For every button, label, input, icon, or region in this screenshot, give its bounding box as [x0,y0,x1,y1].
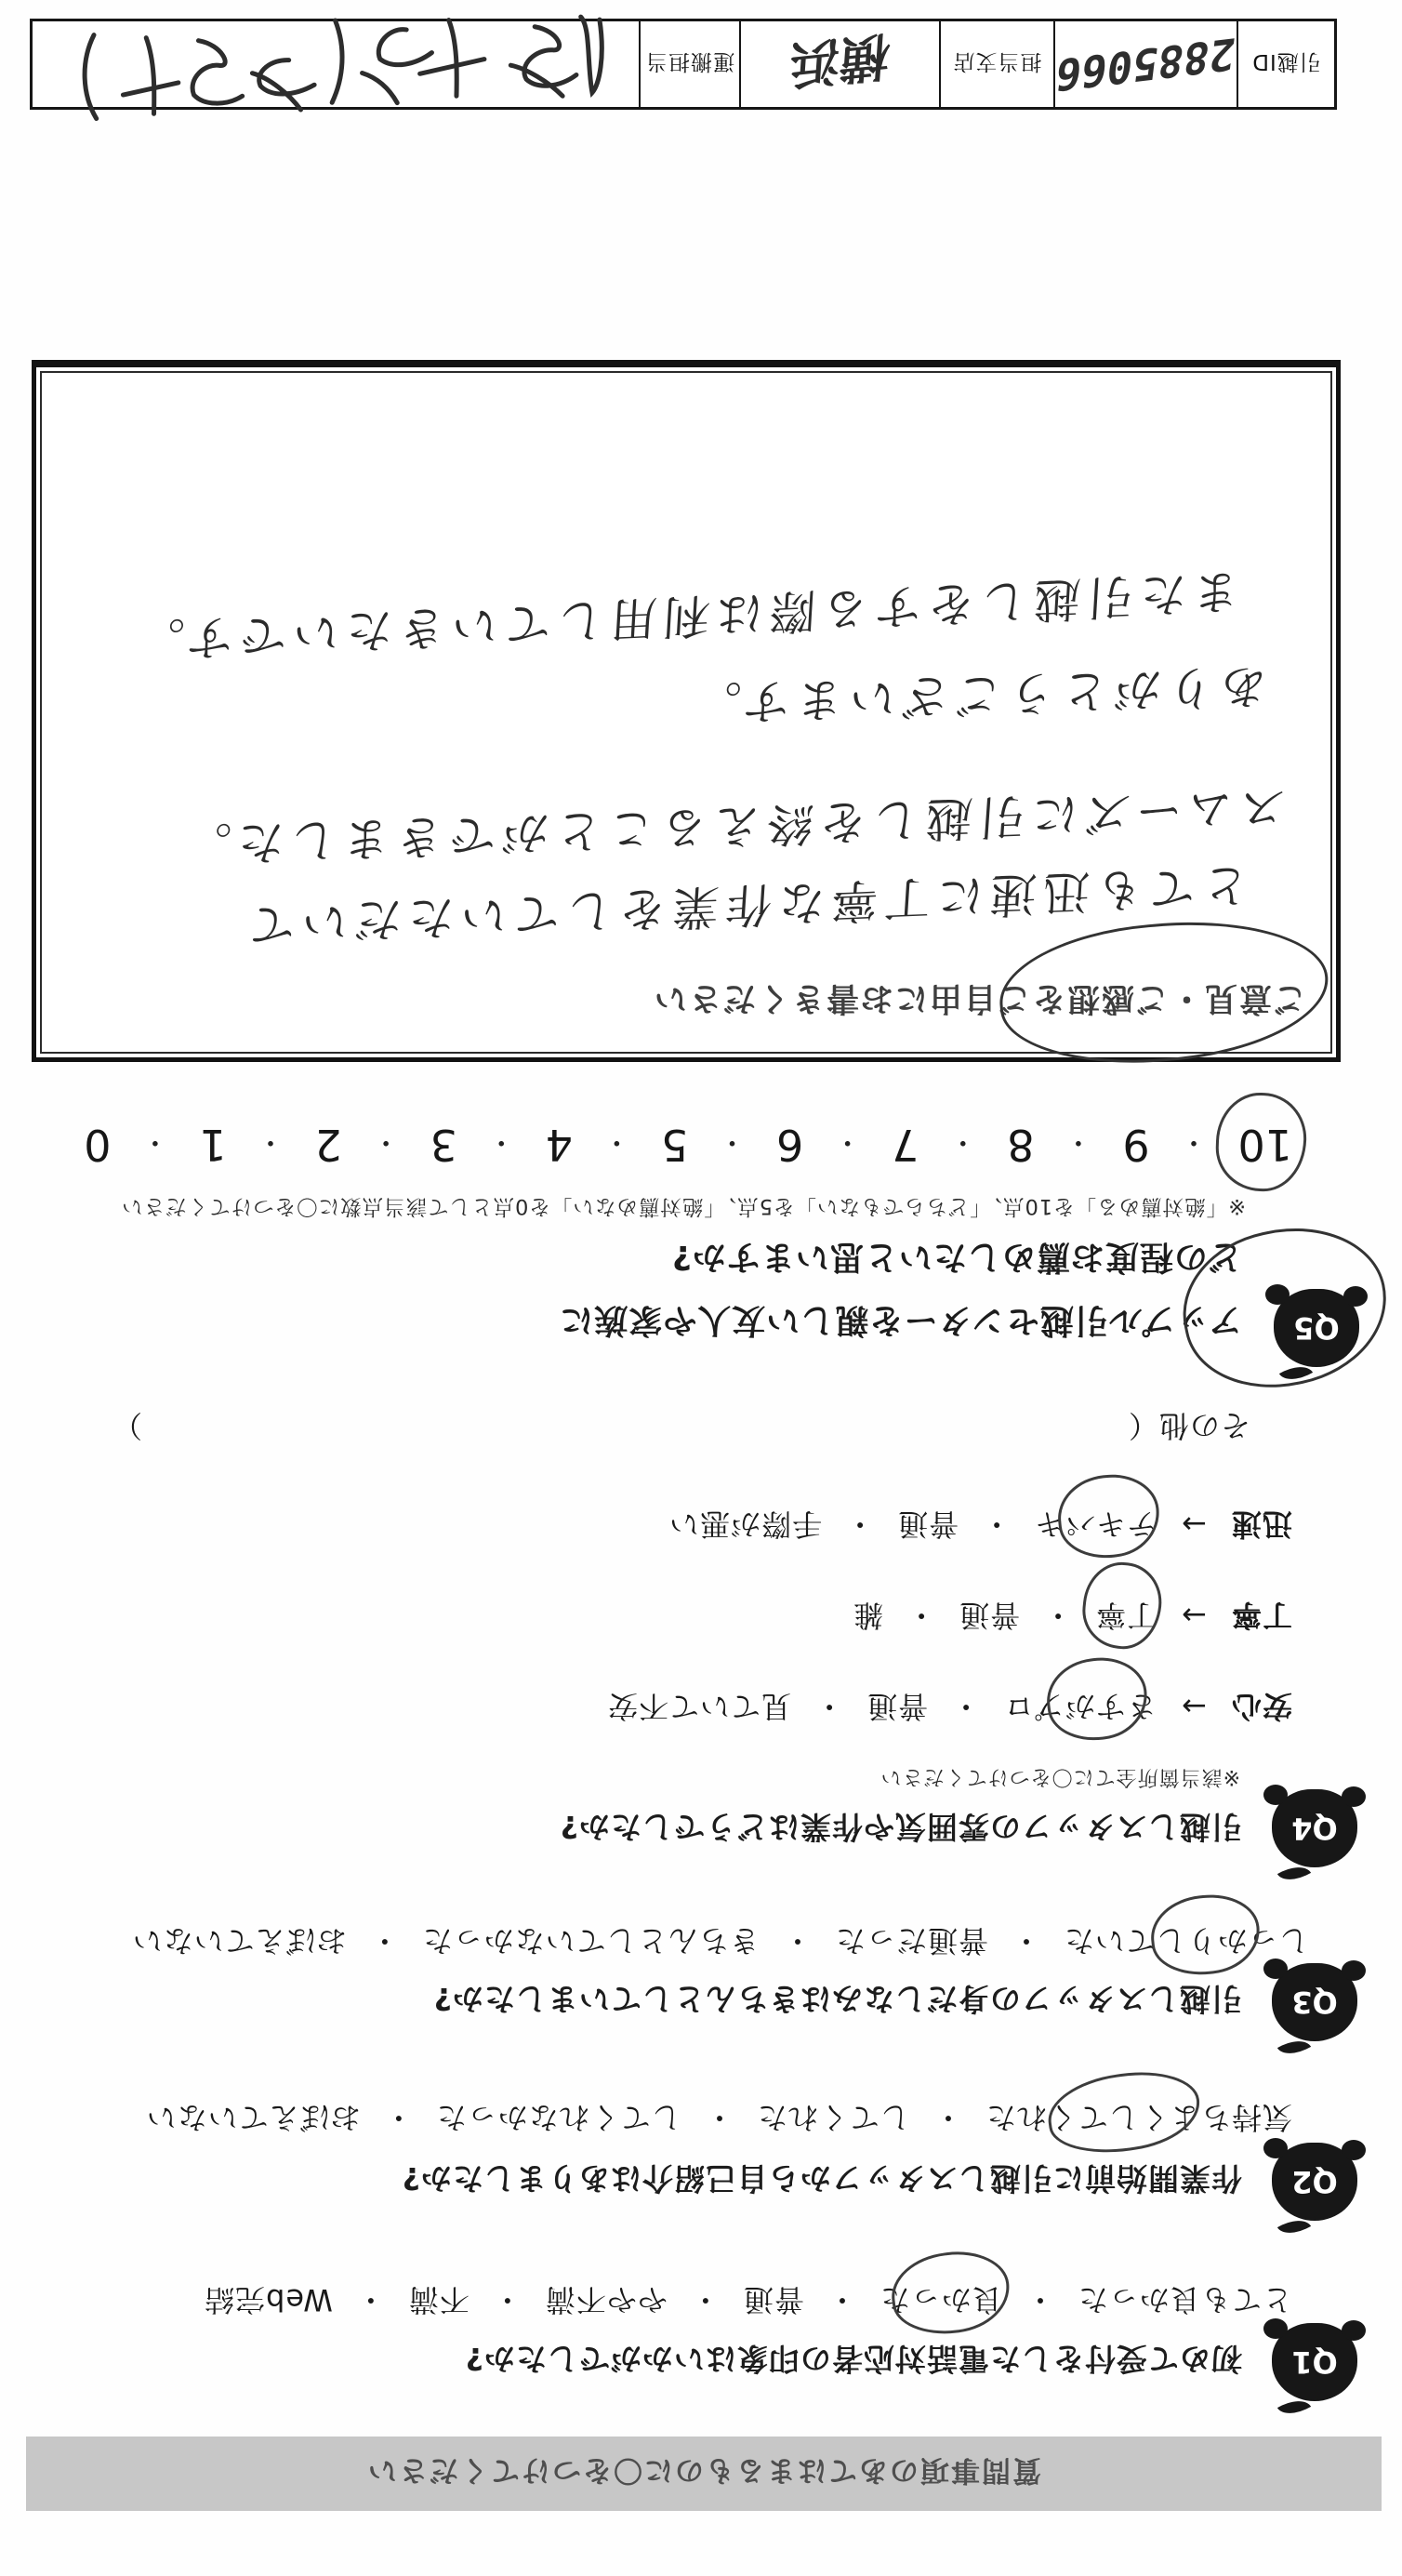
option-separator: ・ [981,1507,1012,1542]
q5-scale-value: 2 [314,1120,341,1170]
q5-question-line1: アップル引越センターを親しい友人や家族に [559,1299,1242,1347]
footer-staff-name-cell [33,21,639,107]
q5-scale-value: 3 [430,1120,457,1170]
q2-options: 気持ちよくしてくれた・してくれた・してくれなかった・おぼえていない [146,2098,1292,2141]
q3-option: おぼえていない [132,1923,347,1959]
q4-option: 普通 [897,1507,959,1542]
scale-separator: ・ [372,1124,400,1165]
option-separator: ・ [704,2100,734,2135]
option-separator: ・ [950,1689,981,1724]
q4-other-row: その他（） [112,1406,1250,1449]
q4-row-anshin: 安心→さすがプロ・普通・見ていて不安 [607,1687,1292,1730]
q1-option: とても良かった [1078,2282,1292,2317]
option-separator: ・ [827,2282,857,2317]
q5-scale-value: 9 [1122,1120,1149,1170]
option-separator: ・ [492,2282,522,2317]
instruction-bar-text: 質問事項のあてはまるものに〇をつけてください [366,2453,1041,2495]
q4-option: 普通 [866,1689,928,1724]
scale-separator: ・ [719,1124,747,1165]
footer-staff-label-cell: 運搬担当 [639,21,739,107]
q3-options: しっかりしていた・普通だった・きちんとしていなかった・おぼえていない [132,1921,1309,1964]
q1-option: やや不満 [545,2282,668,2317]
q2-option: してくれなかった [436,2100,681,2135]
q4-category: 丁寧 [1231,1598,1292,1633]
q4-option: 普通 [959,1598,1020,1633]
arrow-right-icon: → [1181,1598,1207,1633]
option-separator: ・ [782,1923,813,1959]
scanned-survey-sheet: 質問事項のあてはまるものに〇をつけてください Q1 初めて受付をした電話対応者の… [0,0,1402,2576]
handwritten-comment-line: ありがとうございます。 [685,656,1269,741]
q2-badge-label: Q2 [1291,2164,1337,2199]
option-separator: ・ [383,2100,414,2135]
handwritten-staff-name-scribble [55,0,617,130]
q3-option: きちんとしていなかった [422,1923,760,1959]
q4-other-close: ） [112,1408,142,1443]
scale-separator: ・ [834,1124,862,1165]
q4-note: ※該当箇所全てに〇をつけてください [880,1764,1240,1793]
q5-scale-value: 4 [546,1120,573,1170]
q1-badge-label: Q1 [1291,2344,1337,2380]
q5-question-line2: どの程度お薦めしたいと思いますか? [671,1236,1242,1283]
staff-label: 運搬担当 [645,49,734,80]
scale-separator: ・ [257,1124,284,1165]
q1-question: 初めて受付をした電話対応者の印象はいかがでしたか? [465,2339,1242,2383]
q5-scale-value: 0 [84,1120,111,1170]
q4-category: 迅速 [1231,1507,1292,1542]
footer-info-table: 引越ID 2885066 担当支店 横浜 運搬担当 [30,19,1337,110]
q2-badge-apple-icon: Q2 [1272,2143,1357,2221]
q3-badge-apple-icon: Q3 [1272,1963,1357,2041]
q5-scale-value: 1 [199,1120,226,1170]
option-separator: ・ [932,2100,963,2135]
branch-label: 担当支店 [953,49,1042,80]
q5-scale-circled-10: 10 [1237,1120,1292,1170]
q2-option-circled: 気持ちよくしてくれた [985,2098,1292,2141]
option-separator: ・ [690,2282,721,2317]
scale-separator: ・ [141,1124,169,1165]
q3-badge-label: Q3 [1291,1985,1337,2020]
handwritten-comment-line: また引越しをする際は利用していきたいです。 [129,561,1241,678]
scale-separator: ・ [1065,1124,1092,1165]
handwritten-branch-value: 横浜 [787,22,893,105]
arrow-right-icon: → [1181,1507,1207,1542]
q2-question: 作業開始前に引越しスタッフから自己紹介はありましたか? [402,2158,1242,2202]
arrow-right-icon: → [1181,1689,1207,1724]
q5-scale-value: 5 [661,1120,688,1170]
q4-row-teinei: 丁寧→丁寧・普通・雑 [853,1596,1292,1639]
option-separator: ・ [369,1923,400,1959]
q4-option-circled: さすがプロ [1003,1687,1157,1730]
q4-other-label: その他（ [1128,1408,1250,1443]
q1-option: 普通 [743,2282,804,2317]
q4-option-circled: テキパキ [1034,1505,1157,1547]
option-separator: ・ [844,1507,875,1542]
q1-option: 不満 [408,2282,470,2317]
handwritten-id-value: 2885066 [1053,28,1238,101]
q4-row-jinsoku: 迅速→テキパキ・普通・手際が悪い [668,1505,1292,1547]
scale-separator: ・ [487,1124,515,1165]
q3-question: 引越しスタッフの身だしなみはきちんとしていましたか? [433,1979,1242,2023]
footer-id-label-cell: 引越ID [1237,21,1334,107]
option-separator: ・ [813,1689,844,1724]
footer-branch-label-cell: 担当支店 [939,21,1053,107]
q5-scale-value: 8 [1007,1120,1034,1170]
option-separator: ・ [1025,2282,1055,2317]
q4-option-circled: 丁寧 [1095,1596,1157,1639]
option-separator: ・ [906,1598,936,1633]
q5-note: ※「絶対薦める」を10点、「どちらでもない」を5点、「絶対薦めない」を0点として… [121,1193,1246,1223]
q4-badge-label: Q4 [1291,1811,1337,1846]
comment-box: ご意見・ご感想をご自由にお書きください とても迅速に丁寧な作業をしていただいて … [32,360,1341,1062]
q5-scale-value: 7 [892,1120,919,1170]
q5-badge-apple-icon: Q5 [1274,1289,1359,1367]
q1-badge-apple-icon: Q1 [1272,2323,1357,2401]
q3-option: 普通だった [835,1923,988,1959]
id-label: 引越ID [1251,49,1321,80]
scale-separator: ・ [949,1124,977,1165]
q4-category: 安心 [1231,1689,1292,1724]
q5-nps-scale: 10 ・ 9 ・ 8 ・ 7 ・ 6 ・ 5 ・ 4 ・ 3 ・ 2 ・ 1 ・… [84,1120,1292,1170]
q5-scale-value: 6 [776,1120,803,1170]
q4-question: 引越しスタッフの雰囲気や作業はどうでしたか? [560,1807,1242,1851]
q1-option-circled: 良かった [880,2280,1002,2323]
q5-badge-label: Q5 [1293,1310,1339,1346]
q2-option: してくれた [757,2100,910,2135]
option-separator: ・ [1042,1598,1073,1633]
option-separator: ・ [1011,1923,1041,1959]
option-separator: ・ [355,2282,386,2317]
scale-separator: ・ [602,1124,630,1165]
q1-options: とても良かった・良かった・普通・やや不満・不満・Web完結 [204,2280,1292,2323]
q4-option: 手際が悪い [668,1507,822,1542]
q3-option-circled: しっかりしていた [1064,1921,1309,1964]
q2-option: おぼえていない [146,2100,361,2135]
q4-option: 見ていて不安 [607,1689,791,1724]
comment-box-header: ご意見・ご感想をご自由にお書きください [653,977,1306,1024]
scale-separator: ・ [1180,1124,1208,1165]
q4-badge-apple-icon: Q4 [1272,1789,1357,1867]
q4-option: 雑 [853,1598,883,1633]
q1-option: Web完結 [204,2282,333,2317]
footer-id-value-cell: 2885066 [1053,21,1237,107]
instruction-bar: 質問事項のあてはまるものに〇をつけてください [26,2437,1382,2511]
footer-branch-value-cell: 横浜 [739,21,939,107]
